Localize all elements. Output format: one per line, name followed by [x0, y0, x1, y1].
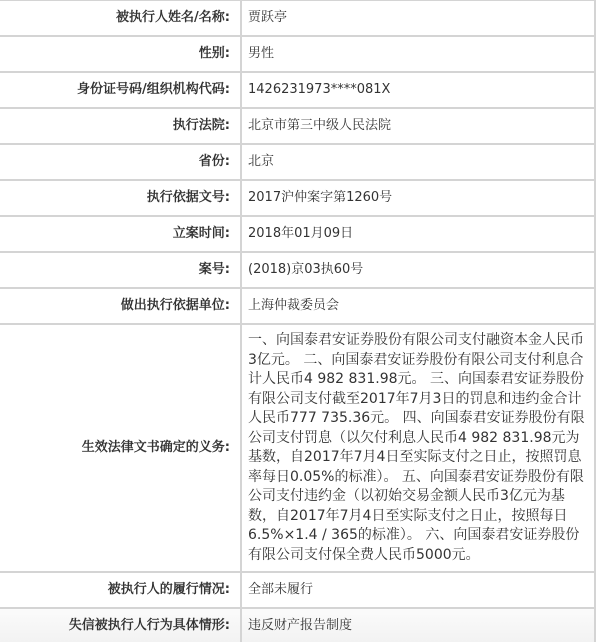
value-executing-court: 北京市第三中级人民法院	[241, 108, 595, 144]
row-dishonest-behavior: 失信被执行人行为具体情形: 违反财产报告制度	[0, 608, 595, 642]
value-basis-document-number: 2017沪仲案字第1260号	[241, 180, 595, 216]
value-performance-status: 全部未履行	[241, 572, 595, 608]
dishonest-debtor-info-table: 被执行人姓名/名称: 贾跃亭 性别: 男性 身份证号码/组织机构代码: 1426…	[0, 0, 596, 642]
label-performance-status: 被执行人的履行情况:	[0, 572, 241, 608]
value-id-number: 1426231973****081X	[241, 72, 595, 108]
row-issuing-authority: 做出执行依据单位: 上海仲裁委员会	[0, 288, 595, 324]
row-executing-court: 执行法院: 北京市第三中级人民法院	[0, 108, 595, 144]
row-basis-document-number: 执行依据文号: 2017沪仲案字第1260号	[0, 180, 595, 216]
value-dishonest-behavior: 违反财产报告制度	[241, 608, 595, 642]
label-case-number: 案号:	[0, 252, 241, 288]
label-legal-obligations: 生效法律文书确定的义务:	[0, 324, 241, 572]
label-province: 省份:	[0, 144, 241, 180]
value-issuing-authority: 上海仲裁委员会	[241, 288, 595, 324]
row-gender: 性别: 男性	[0, 36, 595, 72]
value-legal-obligations: 一、向国泰君安证券股份有限公司支付融资本金人民币3亿元。 二、向国泰君安证券股份…	[241, 324, 595, 572]
label-executing-court: 执行法院:	[0, 108, 241, 144]
value-filing-date: 2018年01月09日	[241, 216, 595, 252]
row-province: 省份: 北京	[0, 144, 595, 180]
label-debtor-name: 被执行人姓名/名称:	[0, 0, 241, 36]
label-gender: 性别:	[0, 36, 241, 72]
row-debtor-name: 被执行人姓名/名称: 贾跃亭	[0, 0, 595, 36]
row-case-number: 案号: (2018)京03执60号	[0, 252, 595, 288]
label-basis-document-number: 执行依据文号:	[0, 180, 241, 216]
label-dishonest-behavior: 失信被执行人行为具体情形:	[0, 608, 241, 642]
value-debtor-name: 贾跃亭	[241, 0, 595, 36]
value-case-number: (2018)京03执60号	[241, 252, 595, 288]
row-id-number: 身份证号码/组织机构代码: 1426231973****081X	[0, 72, 595, 108]
label-id-number: 身份证号码/组织机构代码:	[0, 72, 241, 108]
row-filing-date: 立案时间: 2018年01月09日	[0, 216, 595, 252]
row-performance-status: 被执行人的履行情况: 全部未履行	[0, 572, 595, 608]
value-province: 北京	[241, 144, 595, 180]
label-issuing-authority: 做出执行依据单位:	[0, 288, 241, 324]
label-filing-date: 立案时间:	[0, 216, 241, 252]
row-legal-obligations: 生效法律文书确定的义务: 一、向国泰君安证券股份有限公司支付融资本金人民币3亿元…	[0, 324, 595, 572]
value-gender: 男性	[241, 36, 595, 72]
